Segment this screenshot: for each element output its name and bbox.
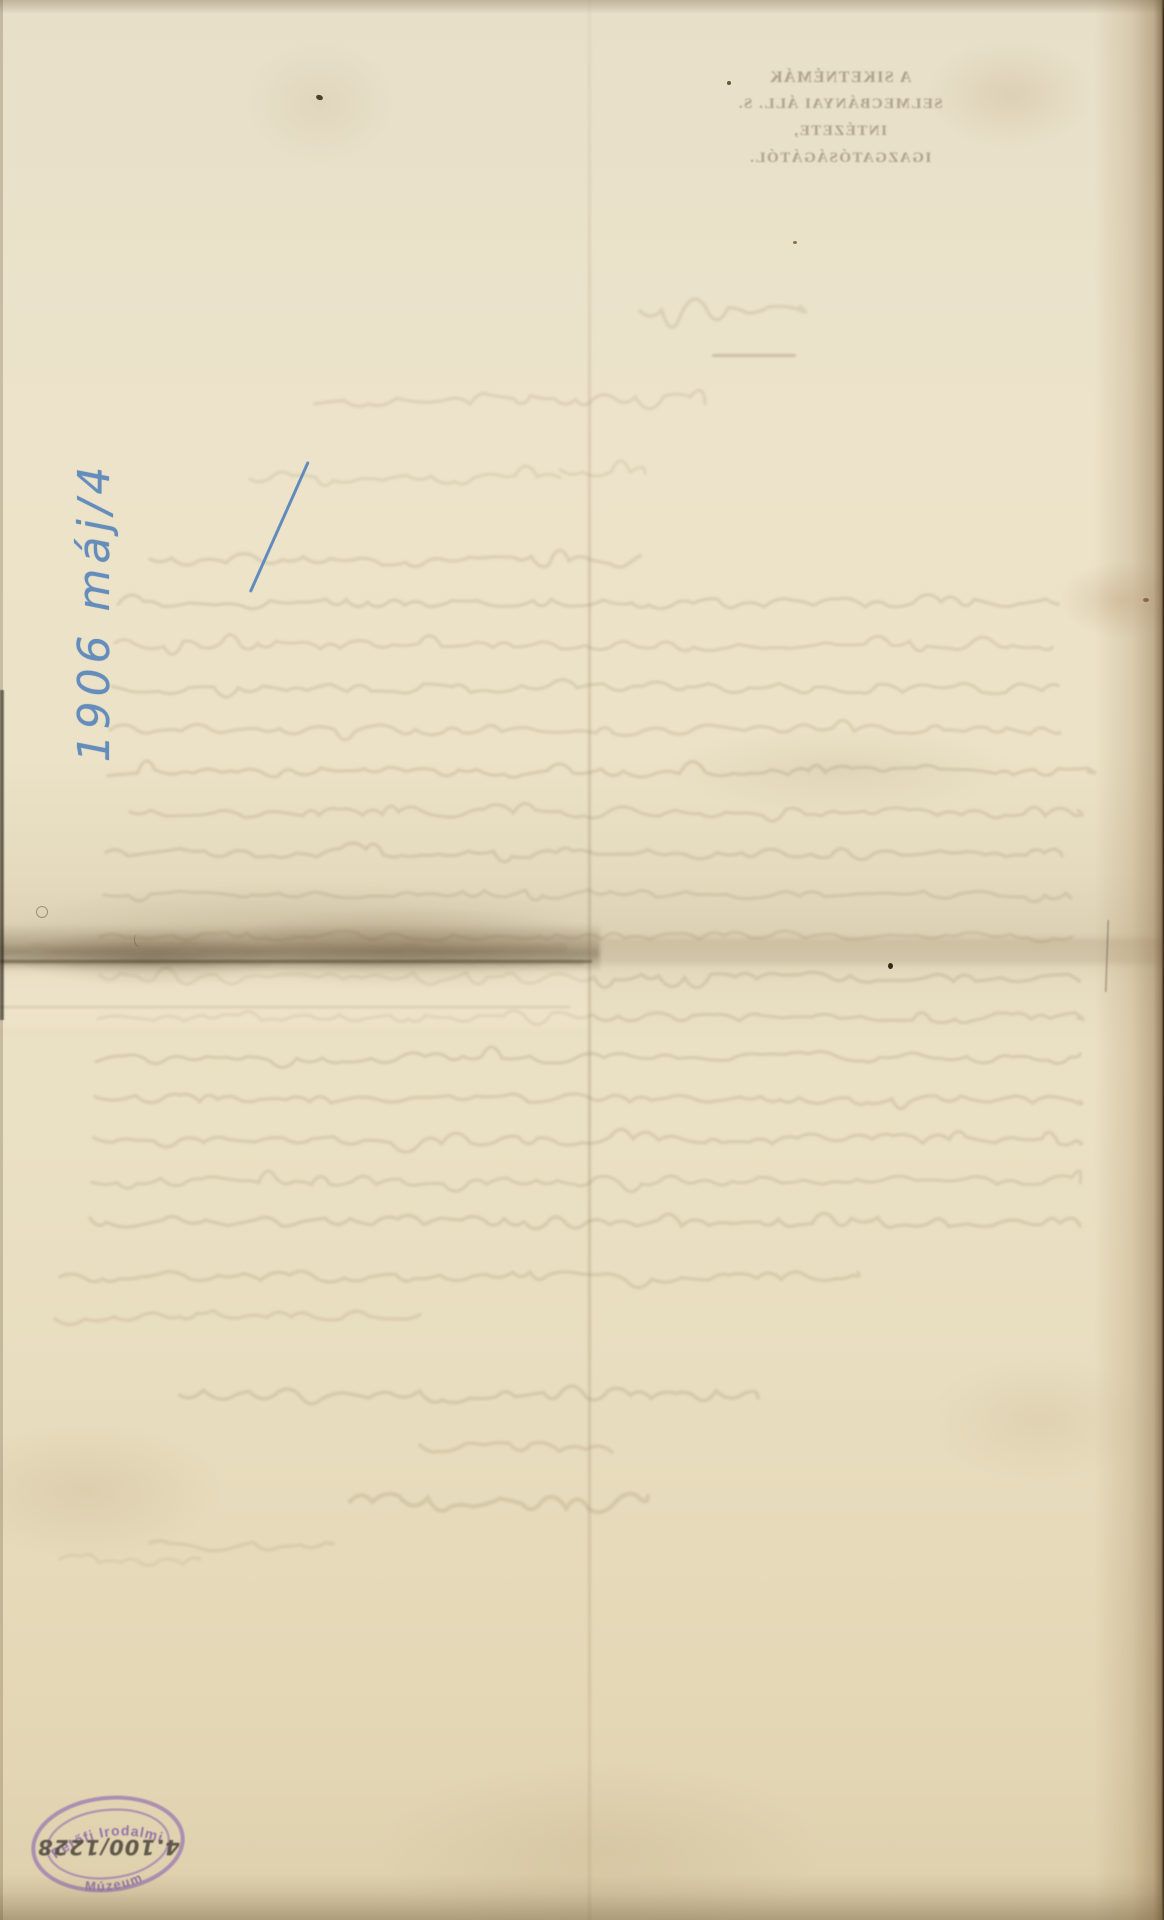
archival-date-note: 1906 máj/4: [65, 362, 125, 862]
scan-edge-right: [1094, 0, 1164, 1920]
vertical-fold-crease: [588, 0, 591, 1920]
fold-grime: [0, 924, 600, 972]
fold-shadow-right: [600, 938, 1164, 964]
scanned-letter-page: A SIKETNÉMÁK SELMECBÁNYAI ÁLL. S. INTÉZE…: [0, 0, 1164, 1920]
scan-edge-top: [0, 0, 1164, 14]
stamp-inventory-number: 4.100/1228: [37, 1835, 181, 1859]
ring-mark: [36, 906, 48, 918]
scan-edge-bottom: [0, 1874, 1164, 1920]
fox-speck: [793, 241, 797, 244]
fox-speck: [727, 81, 731, 85]
fox-speck: [888, 963, 893, 969]
fold-highlight: [0, 970, 590, 1028]
scan-edge-left-dark: [0, 690, 4, 1020]
horizontal-fold-crease: [0, 960, 592, 963]
